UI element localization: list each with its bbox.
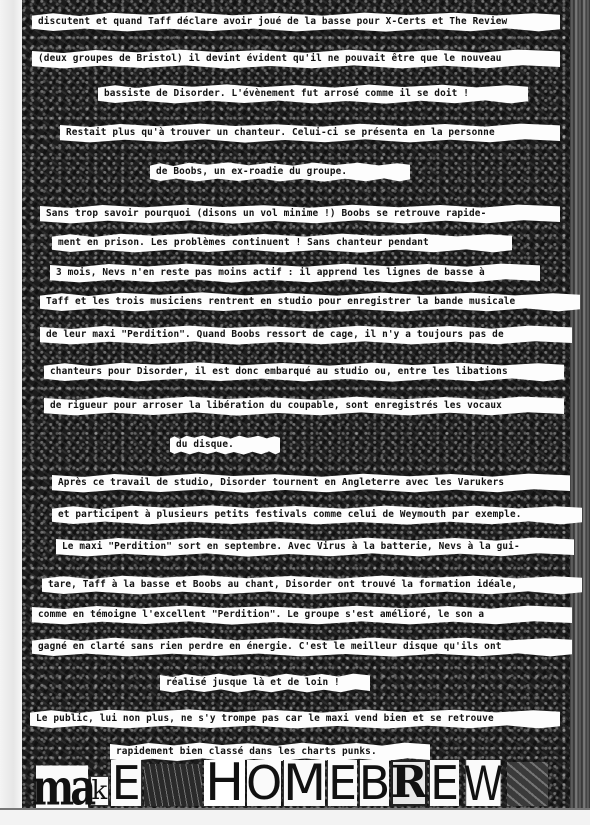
text-line: discutent et quand Taff déclare avoir jo… bbox=[32, 12, 560, 32]
title-letter: W bbox=[465, 760, 500, 806]
title-letter: O bbox=[247, 760, 281, 806]
title-letter: E bbox=[429, 760, 459, 806]
text-line: Taff et les trois musiciens rentrent en … bbox=[40, 292, 580, 312]
page-right-edge bbox=[570, 0, 590, 825]
title-letter: R bbox=[391, 760, 427, 806]
page-left-margin bbox=[0, 0, 22, 825]
title-letter: B bbox=[359, 760, 389, 806]
text-line: tare, Taff à la basse et Boobs au chant,… bbox=[42, 575, 582, 595]
text-line: ment en prison. Les problèmes continuent… bbox=[52, 233, 512, 253]
title-letter: E bbox=[111, 760, 143, 806]
text-line: de Boobs, un ex-roadie du groupe. bbox=[150, 162, 410, 182]
collage-texture bbox=[144, 764, 202, 806]
text-line: chanteurs pour Disorder, il est donc emb… bbox=[44, 362, 564, 382]
collage-texture bbox=[507, 762, 548, 806]
ransom-note-title: ma k E H O M E B R E W bbox=[36, 756, 548, 806]
title-letter: ma bbox=[36, 766, 88, 811]
text-line: gagné en clarté sans rien perdre en éner… bbox=[32, 637, 572, 657]
text-line: bassiste de Disorder. L'évènement fut ar… bbox=[98, 84, 528, 104]
title-letter: M bbox=[283, 760, 325, 806]
page-bottom-margin bbox=[0, 808, 590, 825]
title-letter: k bbox=[90, 776, 109, 806]
text-line: du disque. bbox=[170, 435, 280, 455]
text-line: et participent à plusieurs petits festiv… bbox=[52, 505, 582, 525]
title-letter: E bbox=[327, 760, 357, 806]
text-line: Le public, lui non plus, ne s'y trompe p… bbox=[30, 709, 560, 729]
title-letter: H bbox=[204, 760, 245, 806]
